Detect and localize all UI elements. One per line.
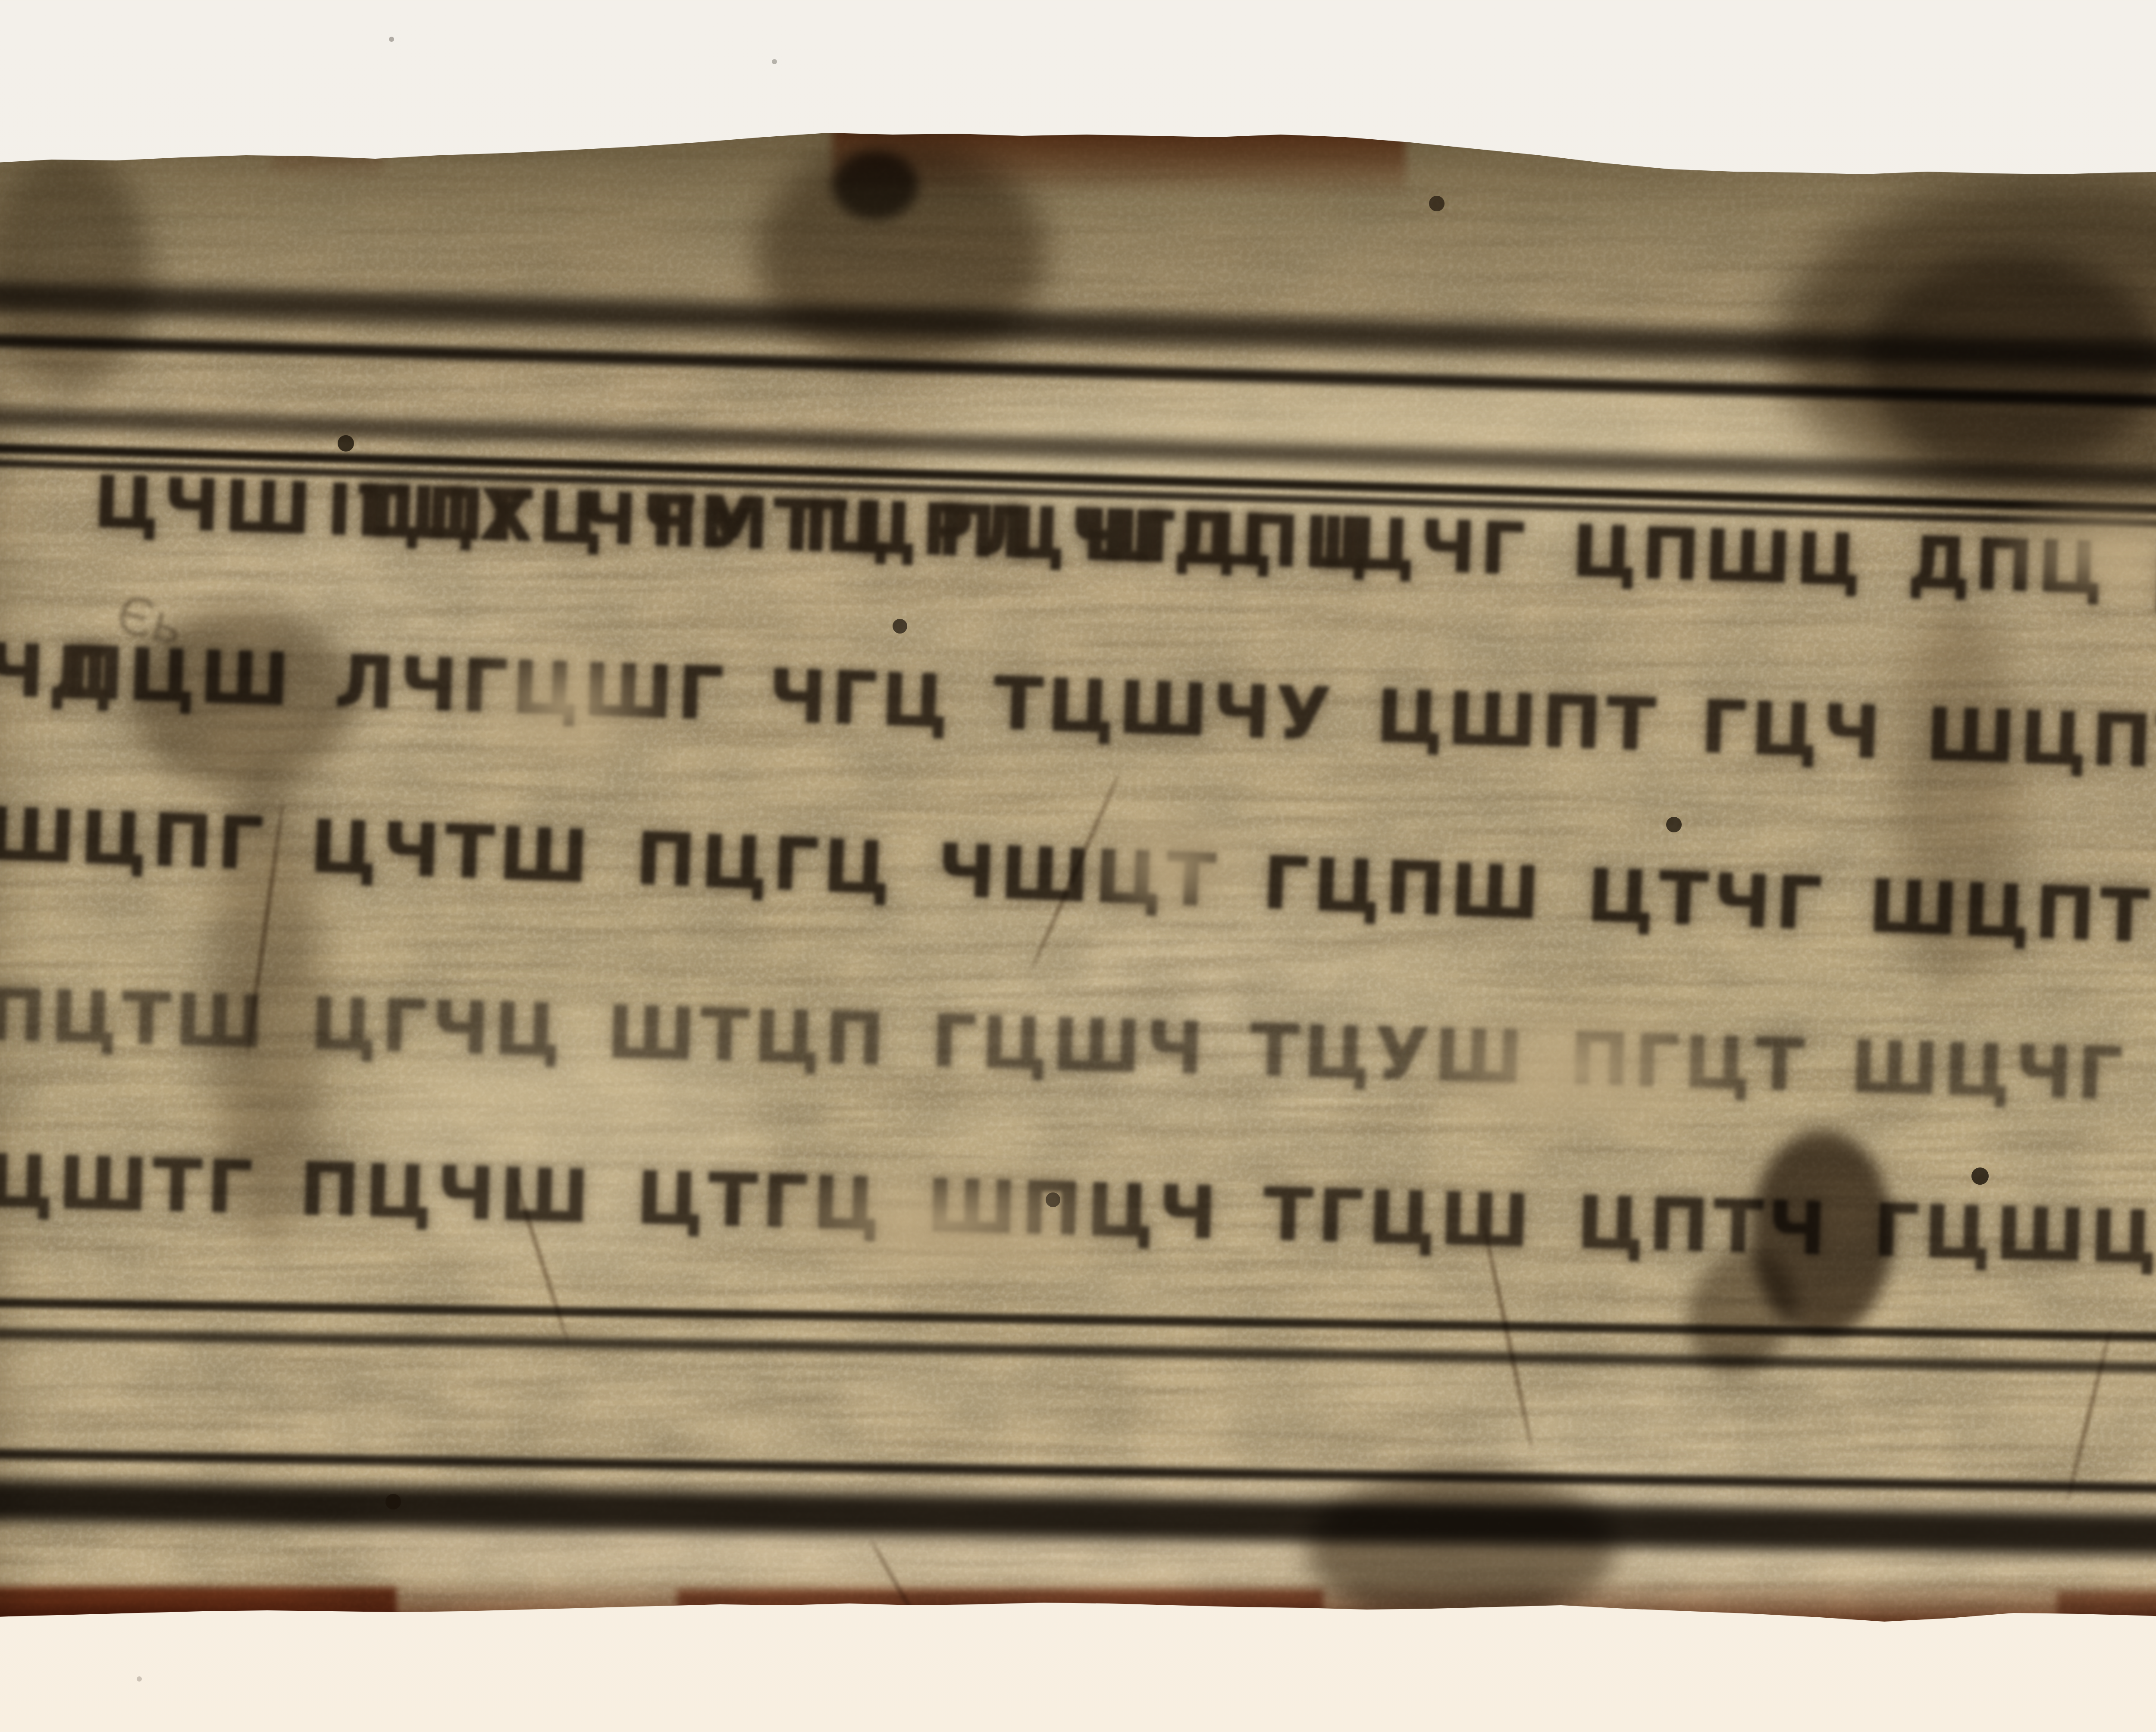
- red-edge-fringe-right: [2057, 1591, 2156, 1626]
- ink-fade-patch: [1397, 988, 1759, 1152]
- fold-shadow-left: [211, 772, 323, 1246]
- smudge-cloud-top-right-core: [1863, 254, 2156, 470]
- manuscript-leaf: ІЦПГ ЧЧУ ГЦРЛ ШДПЦ ЦЧШ ТЦХЦ ГМТЦ ПЦЧГЩ І…: [0, 125, 2156, 1639]
- red-edge-fringe-left: [0, 1587, 397, 1626]
- fold-shadow-right-center: [1893, 599, 2022, 988]
- smudge-top-center-dark: [832, 151, 918, 220]
- manuscript-photo: { "photo": { "backdrop_top": "#f3f0ea", …: [0, 0, 2156, 1732]
- smudge-left-middle: [129, 608, 354, 789]
- rust-stain-top-left: [272, 154, 384, 179]
- ink-fade-patch: [453, 634, 677, 776]
- backdrop-dust-specks: [0, 0, 3, 3]
- ink-fade-patch: [1074, 798, 1272, 936]
- ink-fade-patch: [733, 1152, 1156, 1294]
- red-edge-fringe-middle: [677, 1589, 1324, 1624]
